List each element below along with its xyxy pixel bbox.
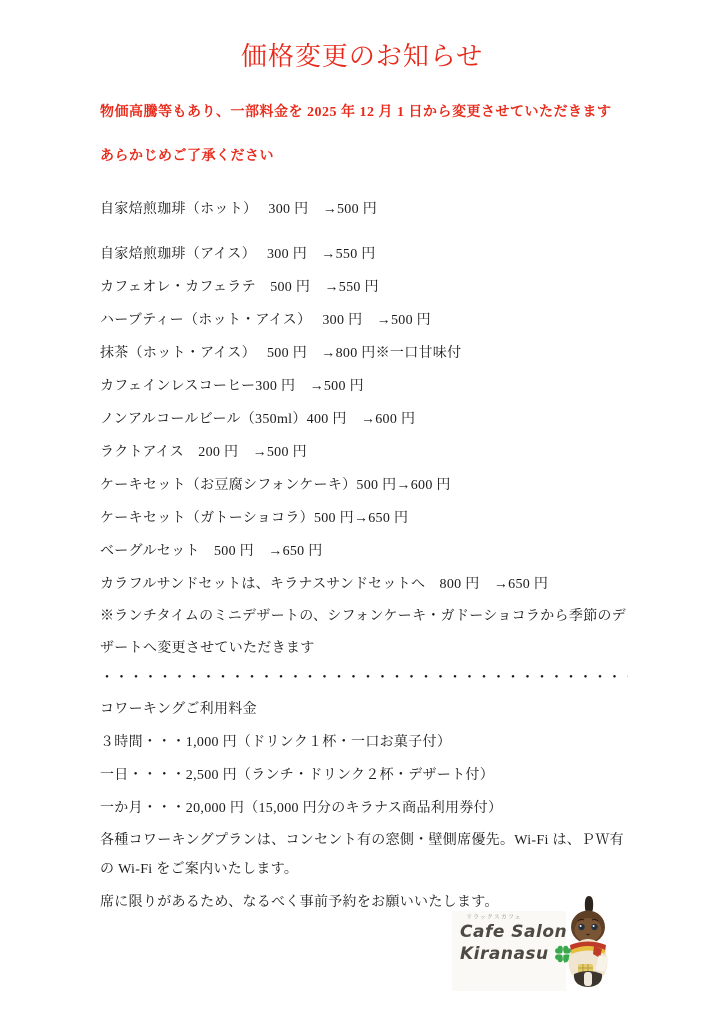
menu-price-line: カラフルサンドセットは、キラナスサンドセットへ 800 円 →650 円 <box>100 568 628 601</box>
lunch-dessert-note: ※ランチタイムのミニデザートの、シフォンケーキ・ガドーショコラから季節のデザート… <box>100 601 628 665</box>
menu-price-line: カフェインレスコーヒー300 円 →500 円 <box>100 370 628 403</box>
page-title: 価格変更のお知らせ <box>0 36 724 73</box>
dotted-divider: ・・・・・・・・・・・・・・・・・・・・・・・・・・・・・・・・・・・・・ <box>100 665 628 693</box>
menu-price-line: 自家焙煎珈琲（アイス） 300 円 →550 円 <box>100 238 628 271</box>
menu-price-line: ベーグルセット 500 円 →650 円 <box>100 535 628 568</box>
coworking-heading: コワーキングご利用料金 <box>100 693 628 726</box>
coworking-plan-line: 一日・・・・2,500 円（ランチ・ドリンク２杯・デザート付） <box>100 759 628 792</box>
intro-line-1: 物価高騰等もあり、一部料金を 2025 年 12 月 1 日から変更させていただ… <box>100 101 640 121</box>
coworking-plan-line: 一か月・・・20,000 円（15,000 円分のキラナス商品利用券付） <box>100 792 628 825</box>
menu-price-line: 抹茶（ホット・アイス） 500 円 →800 円※一口甘味付 <box>100 337 628 370</box>
logo-name-line1: Cafe Salon <box>460 922 562 943</box>
coworking-info: 各種コワーキングプランは、コンセント有の窓側・壁側席優先。Wi-Fi は、ＰＷ有… <box>100 826 628 884</box>
menu-price-line: 自家焙煎珈琲（ホット） 300 円 →500 円 <box>100 193 628 226</box>
price-notice-document: 価格変更のお知らせ 物価高騰等もあり、一部料金を 2025 年 12 月 1 日… <box>0 0 724 1024</box>
menu-price-line: ケーキセット（お豆腐シフォンケーキ）500 円→600 円 <box>100 469 628 502</box>
kiranasu-mascot-doll-image <box>561 894 615 994</box>
logo-name-line2: Kiranasu <box>460 944 549 965</box>
coworking-plan-line: ３時間・・・1,000 円（ドリンク１杯・一口お菓子付） <box>100 726 628 759</box>
menu-price-line: ラクトアイス 200 円 →500 円 <box>100 436 628 469</box>
intro-line-2: あらかじめご了承ください <box>100 145 640 165</box>
document-body: 自家焙煎珈琲（ホット） 300 円 →500 円 自家焙煎珈琲（アイス） 300… <box>100 193 628 919</box>
logo-furigana: リラックスカフェ <box>466 913 562 922</box>
menu-price-line: ケーキセット（ガトーショコラ）500 円→650 円 <box>100 502 628 535</box>
menu-price-line: ノンアルコールビール（350ml）400 円 →600 円 <box>100 403 628 436</box>
menu-price-line: ハーブティー（ホット・アイス） 300 円 →500 円 <box>100 304 628 337</box>
cafe-logo: リラックスカフェ Cafe Salon Kiranasu <box>452 911 566 991</box>
menu-price-line: カフェオレ・カフェラテ 500 円 →550 円 <box>100 271 628 304</box>
